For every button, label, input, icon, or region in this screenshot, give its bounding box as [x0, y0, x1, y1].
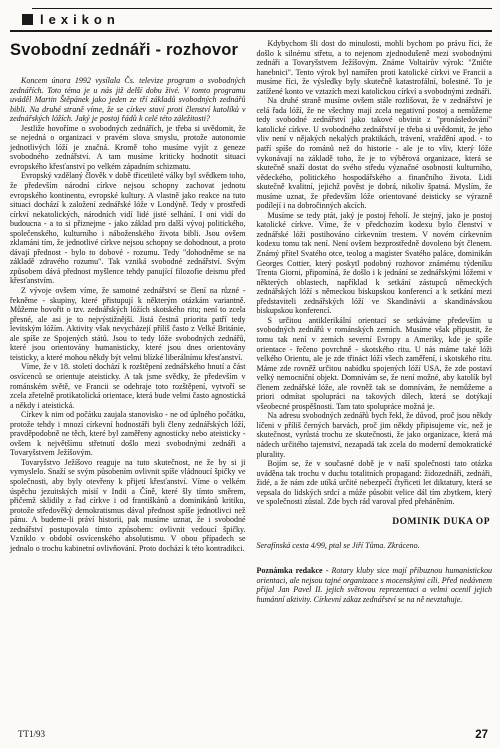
paragraph: Na druhé straně musíme ovšem stále rozli… — [257, 96, 493, 211]
article-title: Svobodní zednáři - rozhovor — [10, 41, 246, 60]
paragraph: Evropský vzdělaný člověk v době třicetil… — [10, 171, 246, 286]
paragraph: Bojím se, že v současné době je v naší s… — [257, 459, 493, 507]
journal-page: lexikon Svobodní zednáři - rozhovor Konc… — [0, 0, 500, 748]
paragraph: Z vývoje ovšem víme, že samotné zednářst… — [10, 286, 246, 362]
left-column-paragraphs: Koncem února 1992 vysílala Čs. televize … — [10, 76, 246, 553]
paragraph: Církev k nim od počátku zaujala stanovis… — [10, 410, 246, 458]
paragraph: Musíme se tedy ptát, jaký je postoj řeho… — [257, 211, 493, 316]
paragraph: Koncem února 1992 vysílala Čs. televize … — [10, 76, 246, 124]
editors-note: Poznámka redakce - Rotary kluby sice maj… — [257, 566, 493, 604]
header-rule — [10, 30, 492, 32]
editors-note-separator: - — [323, 566, 332, 575]
footer-page-number: 27 — [475, 729, 488, 741]
paragraph: Tovaryšstvo Ježíšovo reaguje na tuto sku… — [10, 458, 246, 553]
footer-issue-label: TT1/93 — [18, 729, 45, 739]
section-header: lexikon — [10, 9, 492, 30]
paragraph: Na adresu svobodných zednářů bych řekl, … — [257, 411, 493, 459]
section-label: lexikon — [40, 12, 120, 27]
author-signature: DOMINIK DUKA OP — [257, 517, 491, 527]
article-body: Svobodní zednáři - rozhovor Koncem února… — [10, 39, 492, 604]
paragraph: Kdybychom šli dost do minulosti, mohli b… — [257, 39, 493, 96]
paragraph: Víme, že v 18. století dochází k rozštěp… — [10, 362, 246, 410]
paragraph: S určitou antiklerikální orientací se se… — [257, 316, 493, 411]
right-column-paragraphs: Kdybychom šli dost do minulosti, mohli b… — [257, 39, 493, 507]
section-bullet-icon — [22, 14, 33, 25]
source-note: Serafínská cesta 4/99, ptal se Jiří Tůma… — [257, 541, 493, 551]
right-column: Kdybychom šli dost do minulosti, mohli b… — [257, 39, 493, 604]
left-column: Svobodní zednáři - rozhovor Koncem února… — [10, 39, 246, 604]
paragraph: Jestliže hovoříme o svobodných zednářích… — [10, 124, 246, 172]
editors-note-label: Poznámka redakce — [257, 566, 323, 575]
